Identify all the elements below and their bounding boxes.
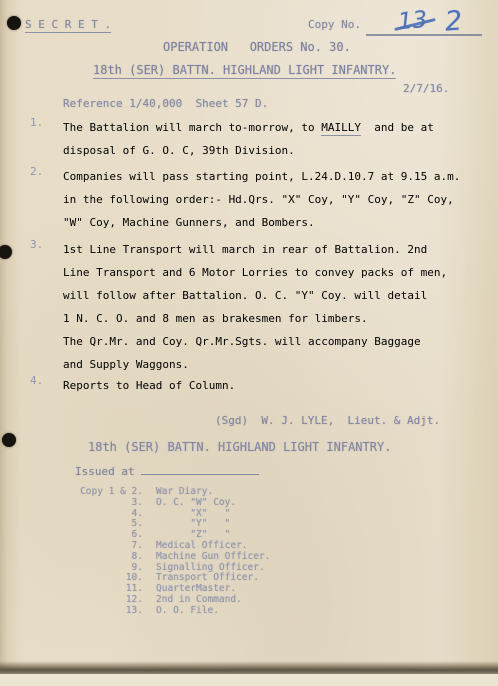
classification-text: S E C R E T .: [25, 18, 111, 33]
distribution-row: 13.O. O. File.: [75, 606, 270, 617]
order-line: will follow after Battalion. O. C. "Y" C…: [63, 284, 447, 307]
recipient-cell: O. C. "W" Coy.: [156, 498, 236, 509]
reference-line: Reference 1/40,000 Sheet 57 D.: [63, 97, 268, 110]
signature-line: (Sgd) W. J. LYLE, Lieut. & Adjt.: [215, 414, 440, 427]
order-line: disposal of G. O. C, 39th Division.: [63, 139, 434, 162]
handwritten-copy-number: 2: [444, 5, 463, 37]
scanned-document: S E C R E T . Copy No. 13 2 OPERATION OR…: [0, 0, 498, 686]
order-line: 1st Line Transport will march in rear of…: [63, 238, 447, 261]
order-number: 2.: [30, 165, 63, 178]
order-line: Line Transport and 6 Motor Lorries to co…: [63, 261, 447, 284]
page-title: OPERATION ORDERS No. 30.: [163, 40, 351, 54]
paper-bottom-shadow: [0, 661, 498, 674]
order-text: 1st Line Transport will march in rear of…: [63, 238, 447, 376]
order-line: "W" Coy, Machine Gunners, and Bombers.: [63, 211, 460, 234]
issued-at-label: Issued at: [75, 465, 135, 478]
order-line: The Battalion will march to-morrow, to M…: [63, 116, 434, 139]
unit-title-text: 18th (SER) BATTN. HIGHLAND LIGHT INFANTR…: [93, 63, 396, 79]
order-number: 1.: [30, 116, 63, 129]
copy-no-underline: [366, 34, 482, 36]
issued-at-blank: [141, 463, 259, 475]
order-line: Companies will pass starting point, L.24…: [63, 165, 460, 188]
copy-number-cell: 8.: [75, 552, 143, 563]
order-item-3: 3. 1st Line Transport will march in rear…: [30, 238, 447, 376]
classification-label: S E C R E T .: [25, 18, 111, 31]
recipient-cell: Machine Gun Officer.: [156, 552, 270, 563]
order-item-4: 4. Reports to Head of Column.: [30, 374, 235, 397]
copy-number-cell: 3.: [75, 498, 143, 509]
date-label: 2/7/16.: [403, 82, 449, 95]
order-line-text: and be at: [361, 121, 434, 134]
order-number: 4.: [30, 374, 63, 387]
hole-punch-icon: [7, 16, 21, 30]
order-line: in the following order:- Hd.Qrs. "X" Coy…: [63, 188, 460, 211]
unit-title: 18th (SER) BATTN. HIGHLAND LIGHT INFANTR…: [93, 63, 396, 77]
place-name: MAILLY: [321, 121, 361, 136]
distribution-row: 8.Machine Gun Officer.: [75, 552, 270, 563]
hole-punch-icon: [2, 433, 16, 447]
order-number: 3.: [30, 238, 63, 251]
order-item-1: 1. The Battalion will march to-morrow, t…: [30, 116, 434, 162]
signature-unit: 18th (SER) BATTN. HIGHLAND LIGHT INFANTR…: [88, 440, 391, 454]
order-line: Reports to Head of Column.: [63, 374, 235, 397]
issued-at: Issued at: [75, 463, 259, 478]
order-line-text: The Battalion will march to-morrow, to: [63, 121, 321, 134]
copy-number-cell: 13.: [75, 606, 143, 617]
distribution-row: 3.O. C. "W" Coy.: [75, 498, 270, 509]
distribution-list: Copy 1 & 2.War Diary. 3.O. C. "W" Coy. 4…: [75, 487, 270, 617]
order-line: and Supply Waggons.: [63, 353, 447, 376]
copy-no-label: Copy No.: [308, 18, 361, 31]
scan-background: [0, 674, 498, 686]
recipient-cell: O. O. File.: [156, 606, 219, 617]
order-text: The Battalion will march to-morrow, to M…: [63, 116, 434, 162]
order-line: The Qr.Mr. and Coy. Qr.Mr.Sgts. will acc…: [63, 330, 447, 353]
order-line: 1 N. C. O. and 8 men as brakesmen for li…: [63, 307, 447, 330]
order-text: Reports to Head of Column.: [63, 374, 235, 397]
order-item-2: 2. Companies will pass starting point, L…: [30, 165, 460, 234]
order-text: Companies will pass starting point, L.24…: [63, 165, 460, 234]
